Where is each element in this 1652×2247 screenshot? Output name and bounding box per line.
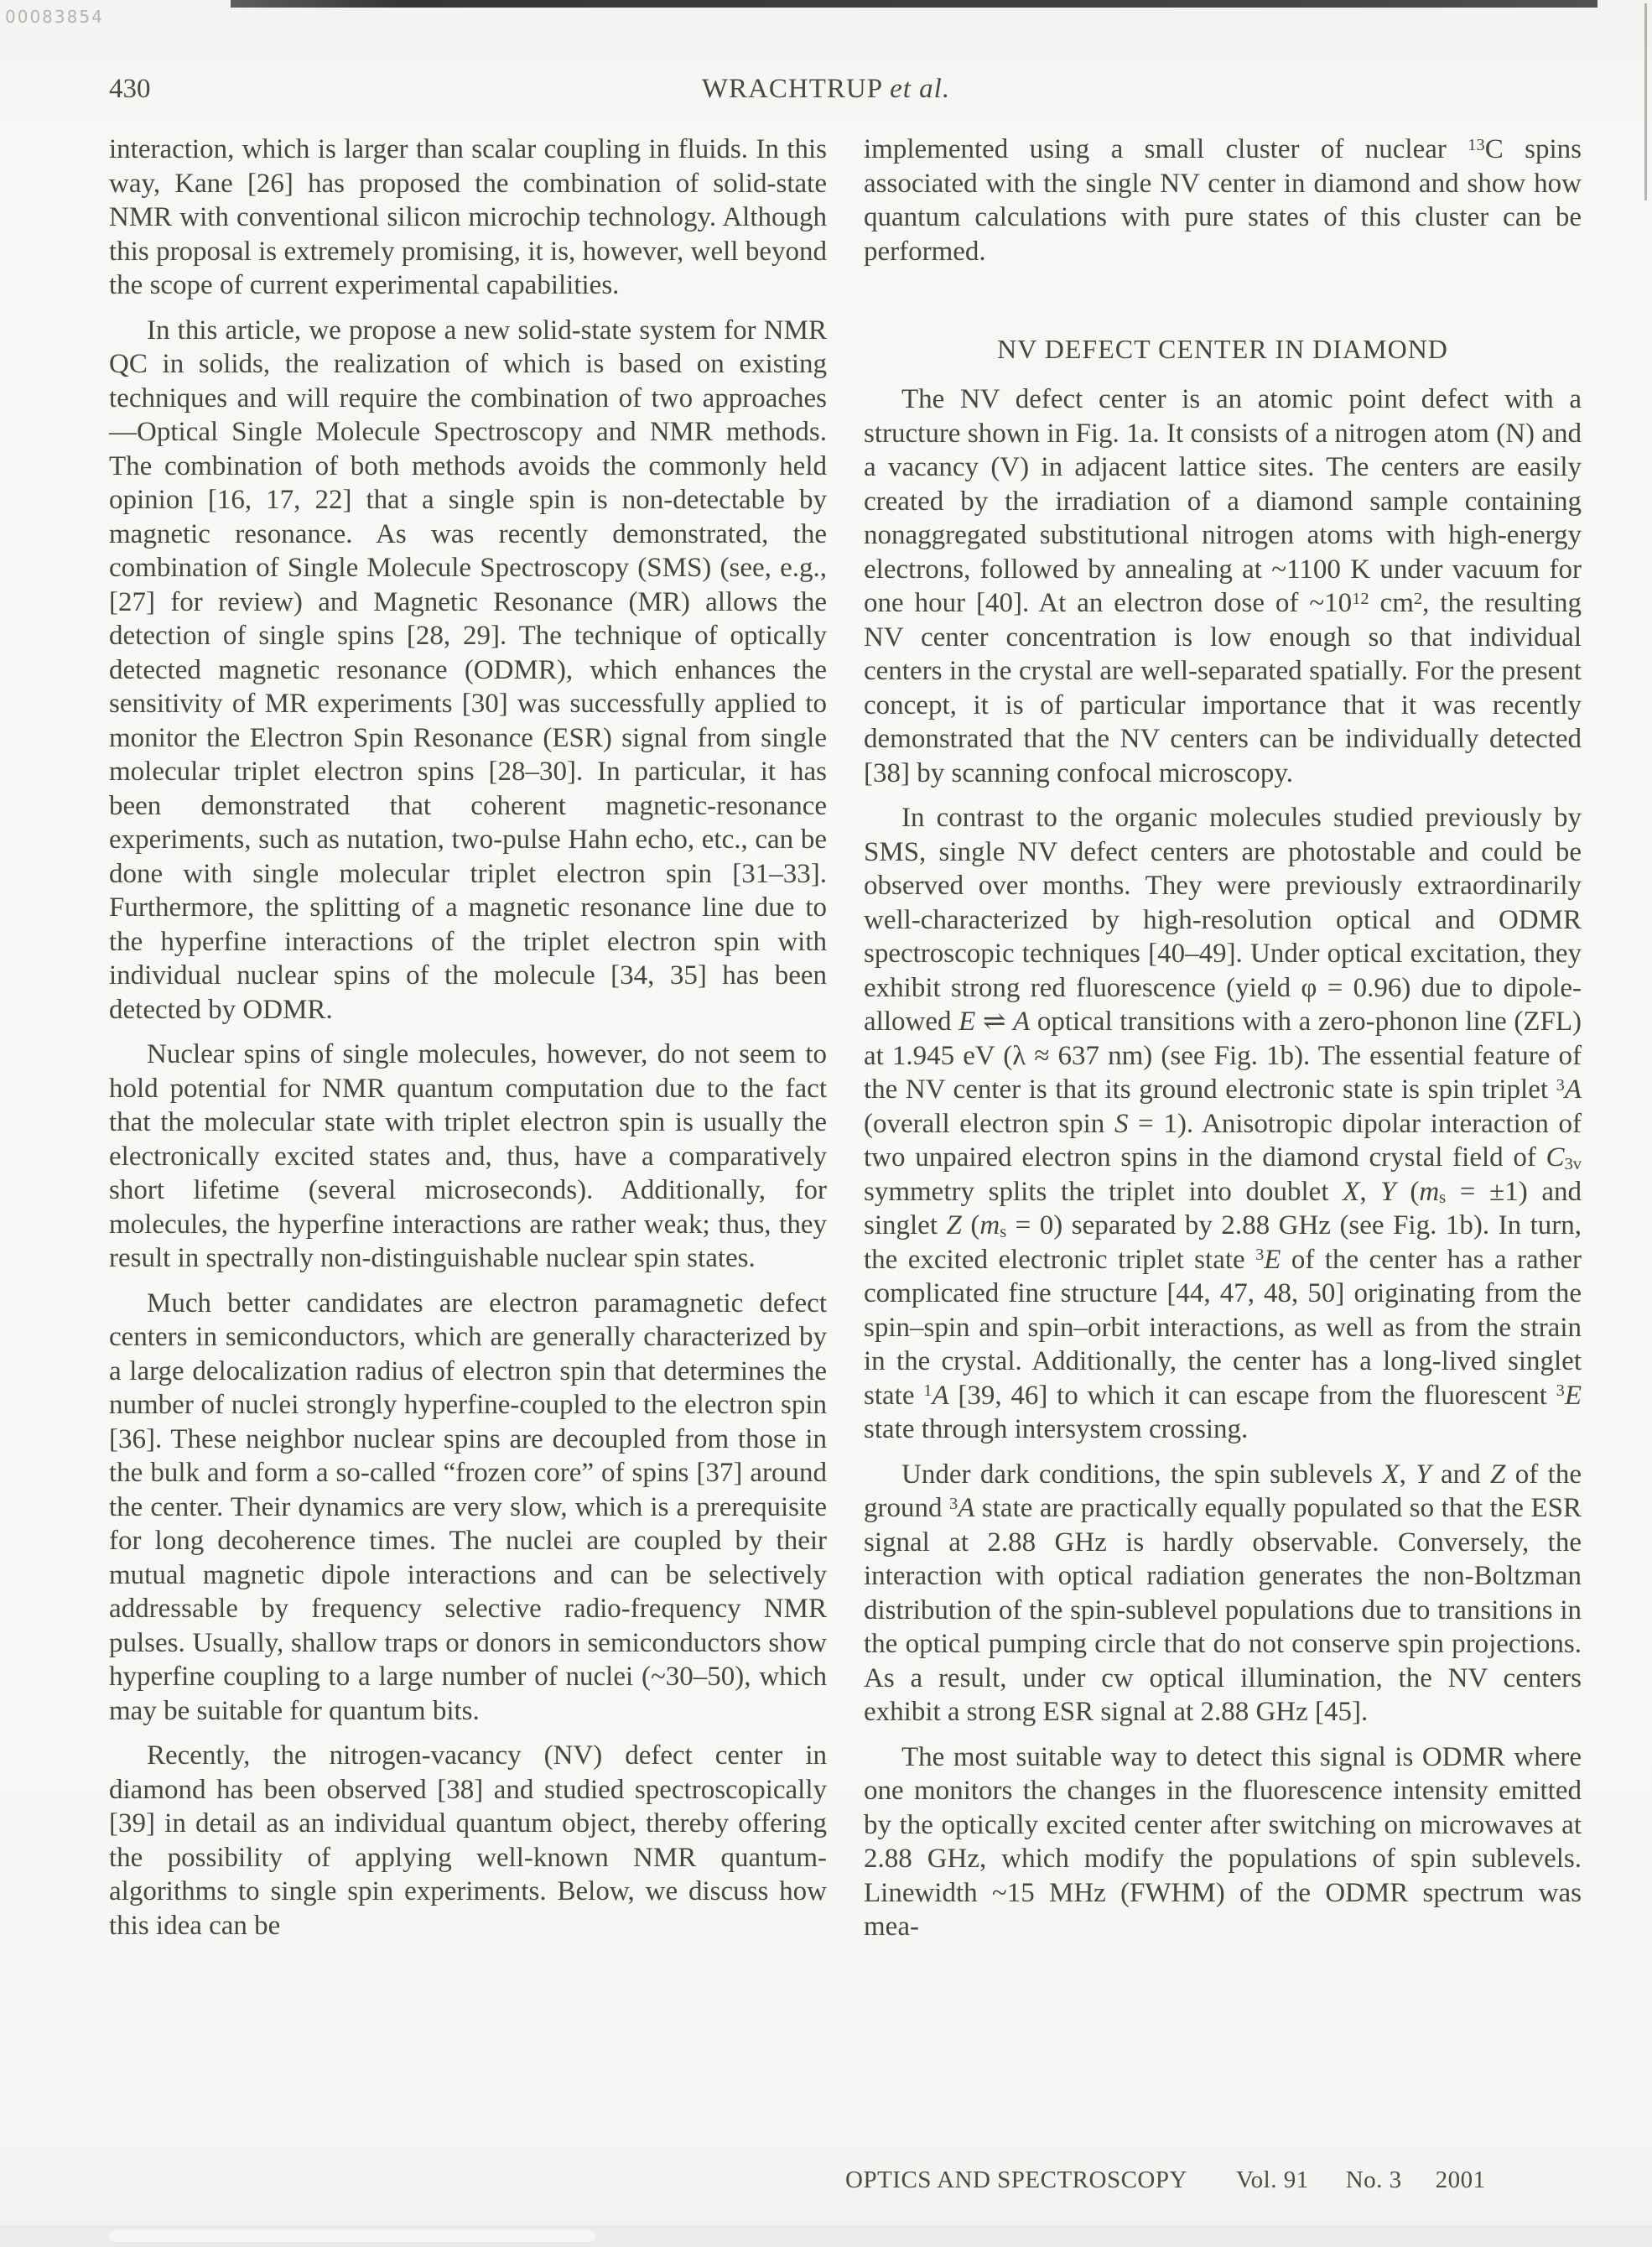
paragraph: The NV defect center is an atomic point … bbox=[864, 382, 1582, 790]
paragraph-continuation: interaction, which is larger than scalar… bbox=[109, 133, 827, 303]
paragraph: Under dark conditions, the spin sublevel… bbox=[864, 1458, 1582, 1729]
journal-year: 2001 bbox=[1436, 2166, 1486, 2194]
section-heading: NV DEFECT CENTER IN DIAMOND bbox=[864, 332, 1582, 366]
left-column: interaction, which is larger than scalar… bbox=[109, 133, 827, 1943]
scan-serial-number: 00083854 bbox=[5, 7, 104, 27]
paragraph: Recently, the nitrogen-vacancy (NV) defe… bbox=[109, 1739, 827, 1943]
paragraph: Much better candidates are electron para… bbox=[109, 1287, 827, 1729]
paragraph: In this article, we propose a new solid-… bbox=[109, 314, 827, 1027]
journal-volume: Vol. 91 bbox=[1236, 2166, 1309, 2194]
paragraph: In contrast to the organic molecules stu… bbox=[864, 801, 1582, 1447]
journal-issue: No. 3 bbox=[1346, 2166, 1402, 2194]
scan-top-bar-artifact bbox=[231, 0, 1597, 8]
paragraph: Nuclear spins of single molecules, howev… bbox=[109, 1038, 827, 1276]
scan-bottom-blob-artifact bbox=[109, 2230, 595, 2242]
paragraph: The most suitable way to detect this sig… bbox=[864, 1740, 1582, 1944]
paragraph-continuation: implemented using a small cluster of nuc… bbox=[864, 133, 1582, 268]
right-column: implemented using a small cluster of nuc… bbox=[864, 133, 1582, 1944]
scanned-journal-page: { "colors": { "paper": "#f7f7f5", "ink":… bbox=[0, 0, 1652, 2247]
running-title: WRACHTRUP et al. bbox=[0, 74, 1652, 105]
journal-name: OPTICS AND SPECTROSCOPY bbox=[845, 2166, 1187, 2194]
journal-footer: OPTICS AND SPECTROSCOPY Vol. 91 No. 3 20… bbox=[845, 2166, 1486, 2194]
